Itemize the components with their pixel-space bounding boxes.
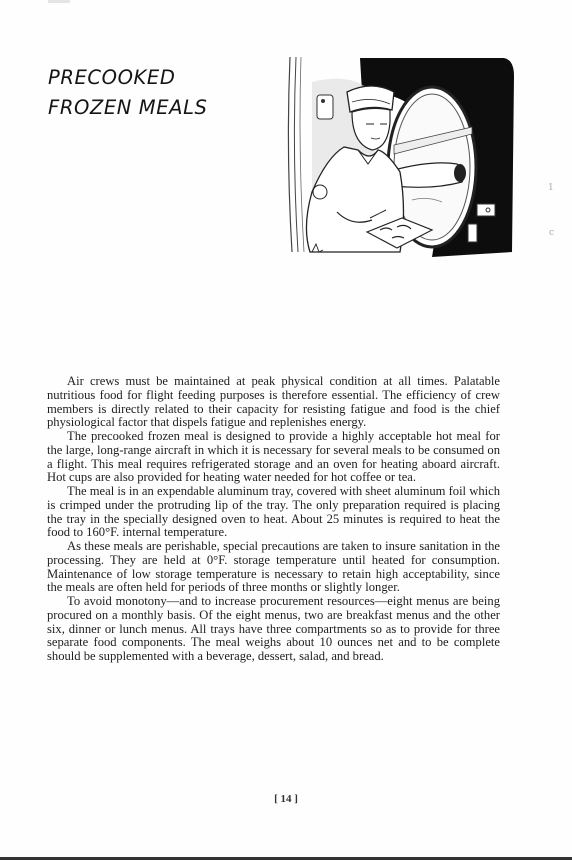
scan-smudge [48,0,70,3]
paragraph-1: Air crews must be maintained at peak phy… [47,375,500,430]
margin-pencil-mark-2: c [549,228,554,238]
body-text: Air crews must be maintained at peak phy… [47,375,500,664]
title-line-1: PRECOOKED [48,63,208,93]
paragraph-5: To avoid monotony—and to increase procur… [47,595,500,664]
paragraph-4: As these meals are perishable, special p… [47,540,500,595]
title-line-2: FROZEN MEALS [48,93,208,123]
page-number: [ 14 ] [0,793,572,805]
paragraph-3: The meal is in an expendable aluminum tr… [47,485,500,540]
document-page: PRECOOKED FROZEN MEALS [0,0,572,860]
airman-eating-illustration [282,52,522,262]
margin-pencil-mark-1: 1 [548,183,554,193]
paragraph-2: The precooked frozen meal is designed to… [47,430,500,485]
page-title: PRECOOKED FROZEN MEALS [48,63,208,123]
